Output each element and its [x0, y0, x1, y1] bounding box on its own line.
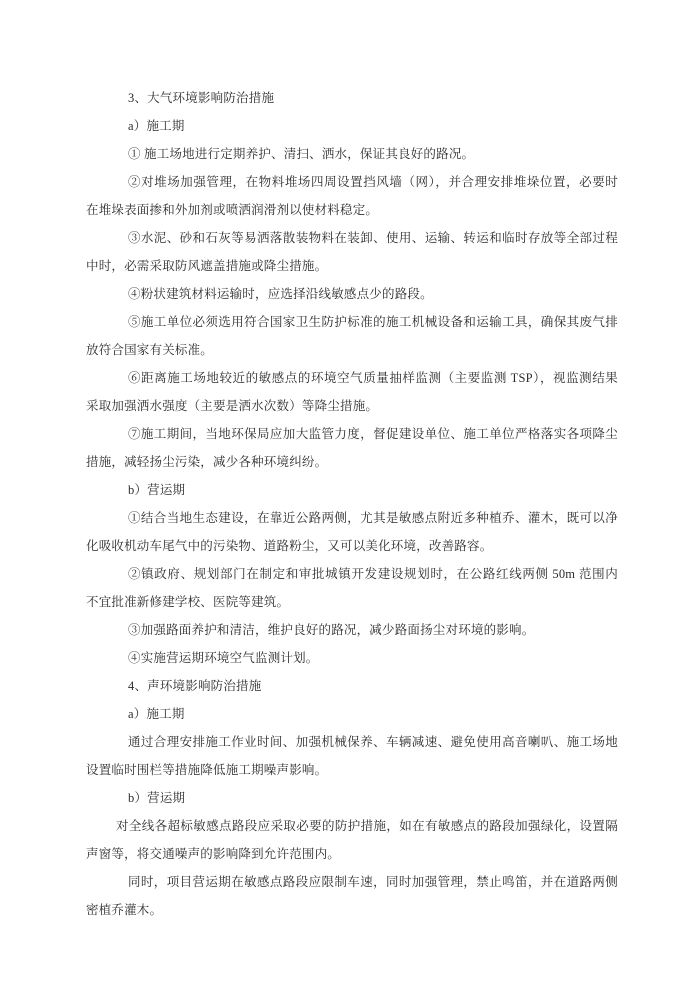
paragraph-line: ③水泥、砂和石灰等易洒落散装物料在装卸、使用、运输、转运和临时存放等全部过程	[86, 224, 618, 252]
paragraph: ④粉状建筑材料运输时，应选择沿线敏感点少的路段。	[86, 280, 618, 308]
paragraph: 通过合理安排施工作业时间、加强机械保养、车辆减速、避免使用高音喇叭、施工场地设置…	[86, 728, 618, 784]
paragraph: ③加强路面养护和清洁，维护良好的路况，减少路面扬尘对环境的影响。	[86, 616, 618, 644]
paragraph: a）施工期	[86, 700, 618, 728]
paragraph: ②对堆场加强管理，在物料堆场四周设置挡风墙（网），并合理安排堆垛位置，必要时在堆…	[86, 168, 618, 224]
paragraph-line: 3、大气环境影响防治措施	[86, 84, 618, 112]
paragraph-line: a）施工期	[86, 112, 618, 140]
paragraph-line: b）营运期	[86, 784, 618, 812]
paragraph-line: ③加强路面养护和清洁，维护良好的路况，减少路面扬尘对环境的影响。	[86, 616, 618, 644]
paragraph-line: 4、声环境影响防治措施	[86, 672, 618, 700]
paragraph-line: ④实施营运期环境空气监测计划。	[86, 644, 618, 672]
paragraph-line: 中时，必需采取防风遮盖措施或降尘措施。	[86, 252, 618, 280]
paragraph: ⑦施工期间，当地环保局应加大监管力度，督促建设单位、施工单位严格落实各项降尘措施…	[86, 420, 618, 476]
paragraph-line: ①结合当地生态建设，在靠近公路两侧，尤其是敏感点附近多种植乔、灌木，既可以净	[86, 504, 618, 532]
paragraph-line: 设置临时围栏等措施降低施工期噪声影响。	[86, 756, 618, 784]
paragraph-line: ⑥距离施工场地较近的敏感点的环境空气质量抽样监测（主要监测 TSP），视监测结果	[86, 364, 618, 392]
paragraph-line: 化吸收机动车尾气中的污染物、道路粉尘，又可以美化环境，改善路容。	[86, 532, 618, 560]
paragraph-line: 放符合国家有关标准。	[86, 336, 618, 364]
paragraph: ① 施工场地进行定期养护、清扫、洒水，保证其良好的路况。	[86, 140, 618, 168]
paragraph-line: ⑤施工单位必须选用符合国家卫生防护标准的施工机械设备和运输工具，确保其废气排	[86, 308, 618, 336]
paragraph-line: a）施工期	[86, 700, 618, 728]
paragraph-line: 措施，减轻扬尘污染，减少各种环境纠纷。	[86, 448, 618, 476]
paragraph: 同时，项目营运期在敏感点路段应限制车速，同时加强管理，禁止鸣笛，并在道路两侧密植…	[86, 868, 618, 924]
paragraph: b）营运期	[86, 784, 618, 812]
paragraph-line: ① 施工场地进行定期养护、清扫、洒水，保证其良好的路况。	[86, 140, 618, 168]
paragraph-line: ④粉状建筑材料运输时，应选择沿线敏感点少的路段。	[86, 280, 618, 308]
document-page: 3、大气环境影响防治措施a）施工期① 施工场地进行定期养护、清扫、洒水，保证其良…	[0, 0, 700, 990]
paragraph-line: 在堆垛表面掺和外加剂或喷洒润滑剂以使材料稳定。	[86, 196, 618, 224]
paragraph: a）施工期	[86, 112, 618, 140]
paragraph-line: 对全线各超标敏感点路段应采取必要的防护措施，如在有敏感点的路段加强绿化，设置隔	[86, 812, 618, 840]
paragraph-line: b）营运期	[86, 476, 618, 504]
paragraph-line: 不宜批准新修建学校、医院等建筑。	[86, 588, 618, 616]
text-block: 3、大气环境影响防治措施a）施工期① 施工场地进行定期养护、清扫、洒水，保证其良…	[86, 84, 618, 924]
paragraph-line: 声窗等，将交通噪声的影响降到允许范围内。	[86, 840, 618, 868]
paragraph-line: 通过合理安排施工作业时间、加强机械保养、车辆减速、避免使用高音喇叭、施工场地	[86, 728, 618, 756]
paragraph: ⑥距离施工场地较近的敏感点的环境空气质量抽样监测（主要监测 TSP），视监测结果…	[86, 364, 618, 420]
paragraph: ①结合当地生态建设，在靠近公路两侧，尤其是敏感点附近多种植乔、灌木，既可以净化吸…	[86, 504, 618, 560]
paragraph: ③水泥、砂和石灰等易洒落散装物料在装卸、使用、运输、转运和临时存放等全部过程中时…	[86, 224, 618, 280]
paragraph-line: ②镇政府、规划部门在制定和审批城镇开发建设规划时，在公路红线两侧 50m 范围内	[86, 560, 618, 588]
paragraph: ⑤施工单位必须选用符合国家卫生防护标准的施工机械设备和运输工具，确保其废气排放符…	[86, 308, 618, 364]
paragraph: ②镇政府、规划部门在制定和审批城镇开发建设规划时，在公路红线两侧 50m 范围内…	[86, 560, 618, 616]
paragraph: 3、大气环境影响防治措施	[86, 84, 618, 112]
paragraph: 4、声环境影响防治措施	[86, 672, 618, 700]
paragraph-line: 同时，项目营运期在敏感点路段应限制车速，同时加强管理，禁止鸣笛，并在道路两侧	[86, 868, 618, 896]
paragraph: 对全线各超标敏感点路段应采取必要的防护措施，如在有敏感点的路段加强绿化，设置隔声…	[86, 812, 618, 868]
paragraph-line: ⑦施工期间，当地环保局应加大监管力度，督促建设单位、施工单位严格落实各项降尘	[86, 420, 618, 448]
paragraph-line: 采取加强洒水强度（主要是洒水次数）等降尘措施。	[86, 392, 618, 420]
paragraph-line: 密植乔灌木。	[86, 896, 618, 924]
paragraph-line: ②对堆场加强管理，在物料堆场四周设置挡风墙（网），并合理安排堆垛位置，必要时	[86, 168, 618, 196]
paragraph: ④实施营运期环境空气监测计划。	[86, 644, 618, 672]
paragraph: b）营运期	[86, 476, 618, 504]
